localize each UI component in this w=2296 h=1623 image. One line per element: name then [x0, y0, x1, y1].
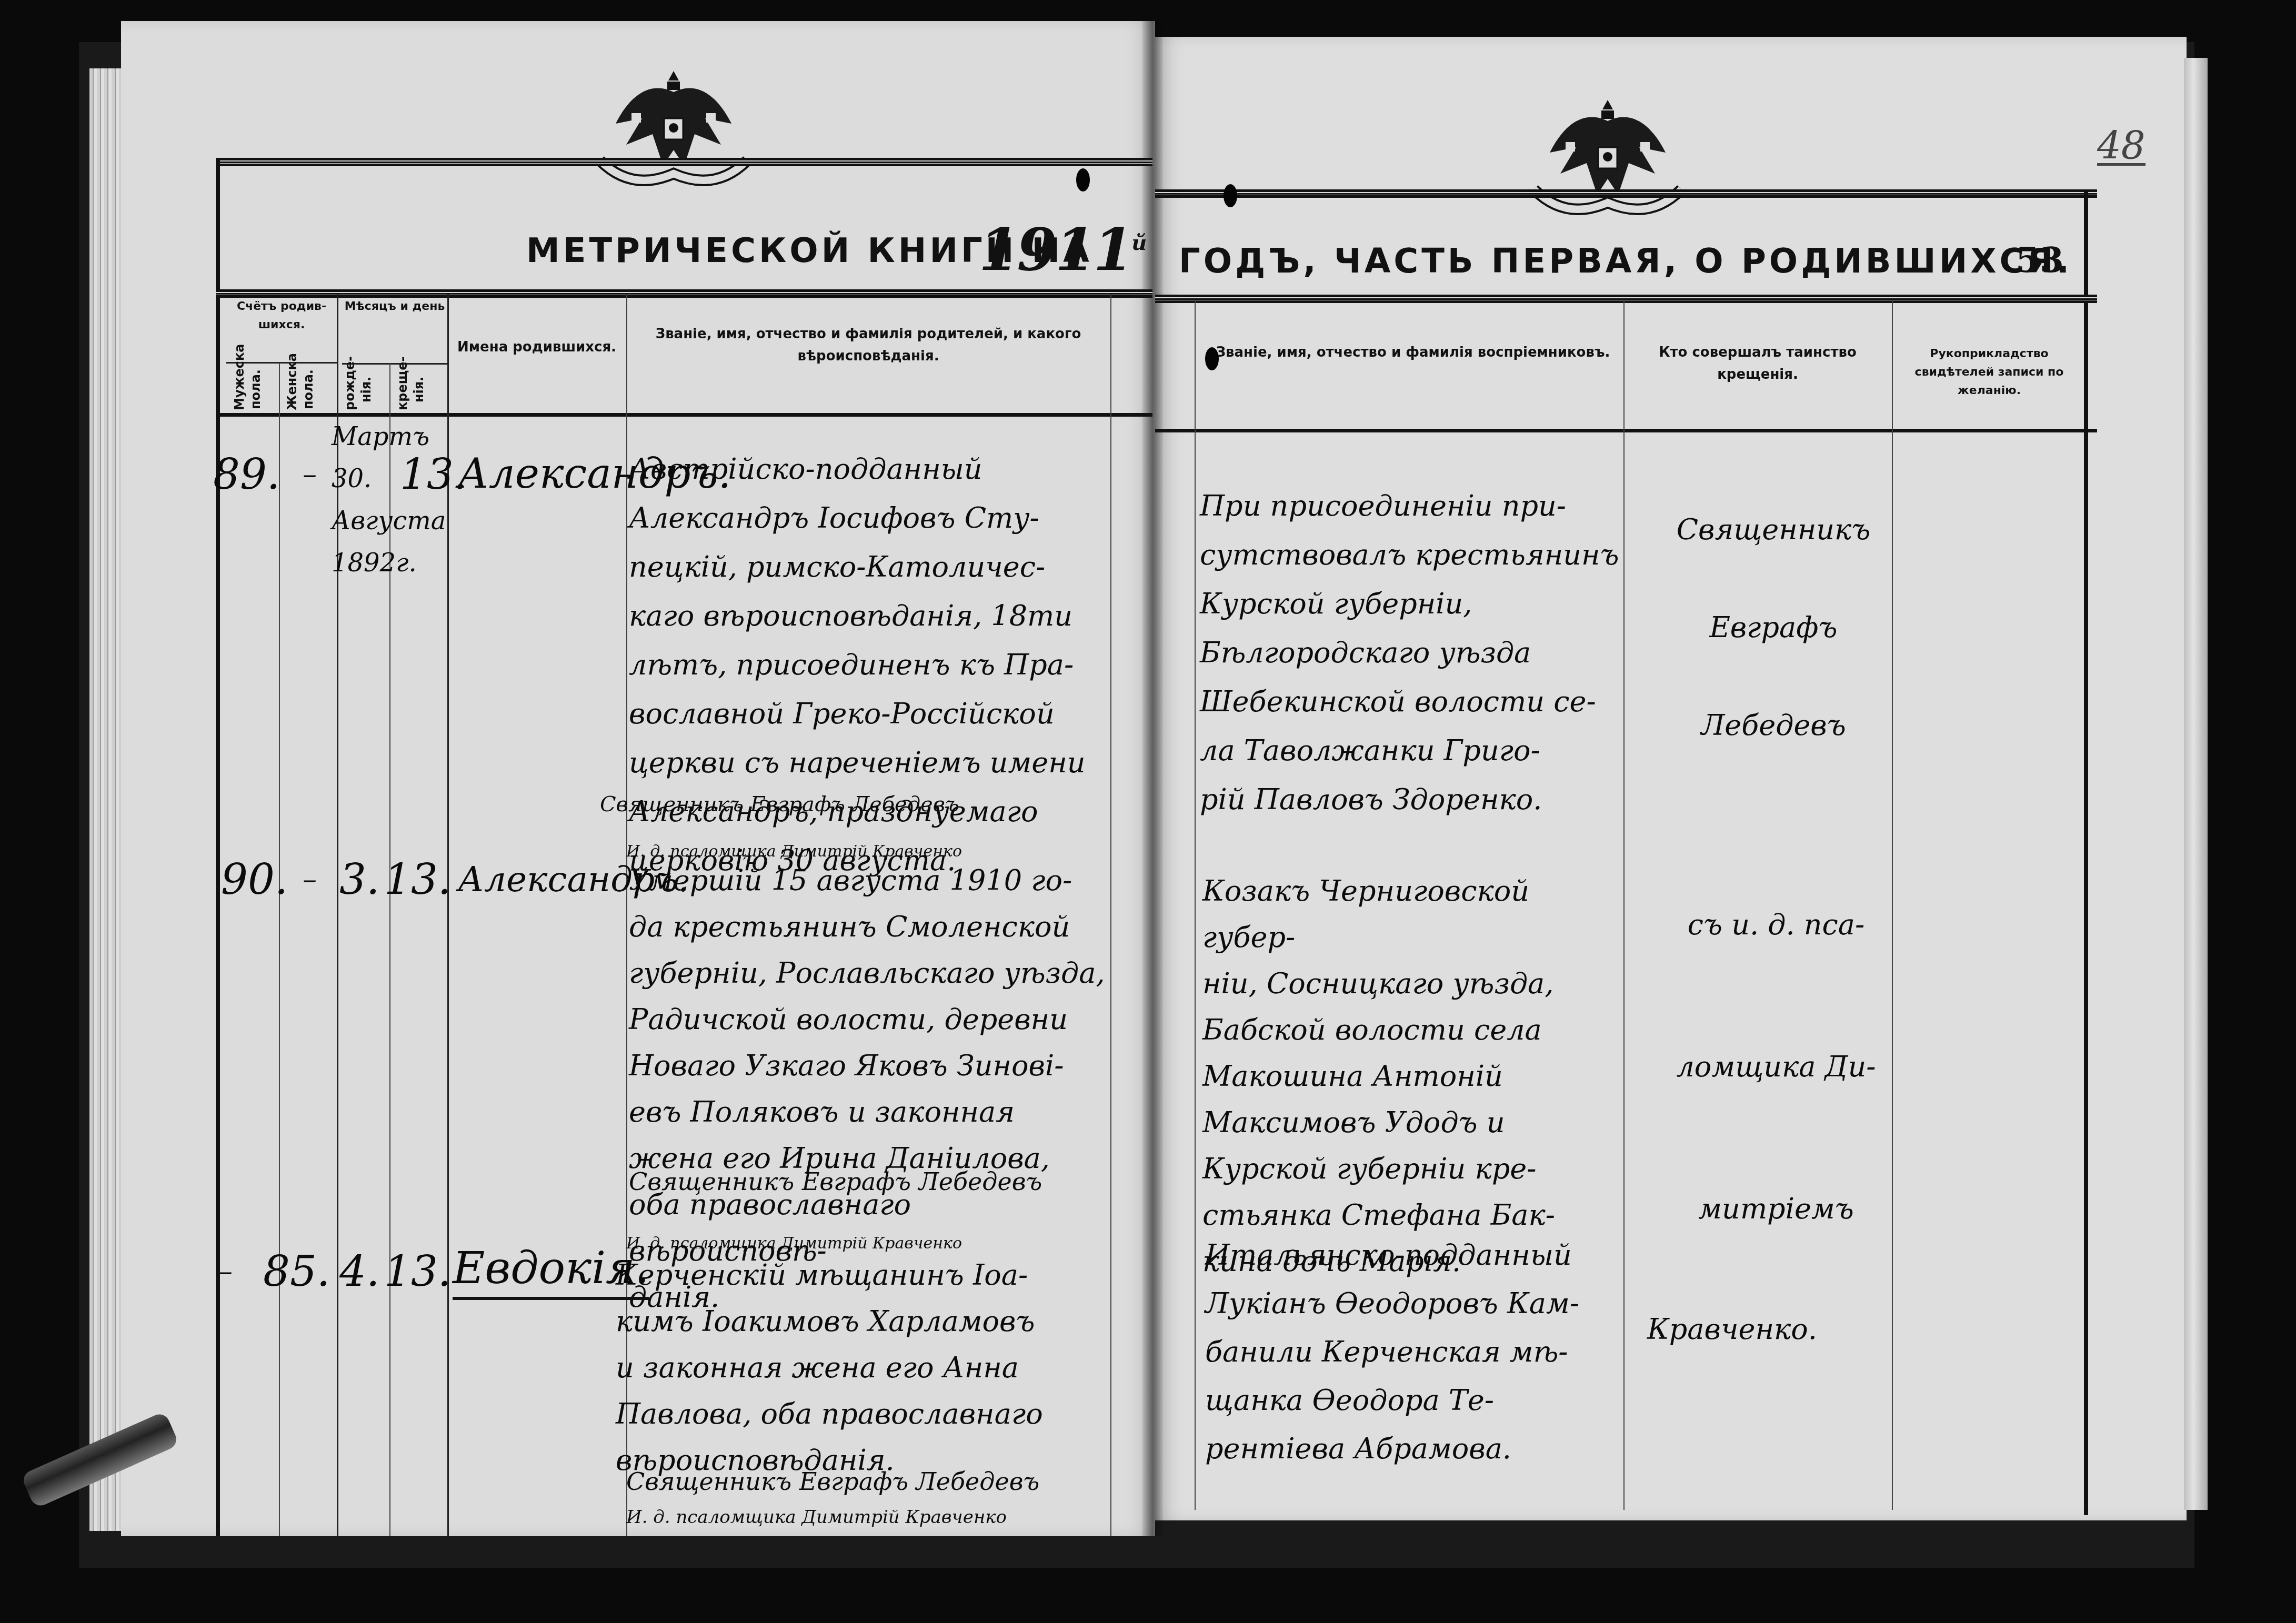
page-title-right: ГОДЪ, ЧАСТЬ ПЕРВАЯ, О РОДИВШИХСЯ. — [1179, 242, 2072, 281]
column-header-male: Мужеска пола. — [232, 368, 274, 410]
column-divider — [1195, 300, 1196, 1510]
record-parents: Австрійско-подданный Александръ Іосифовъ… — [629, 445, 1113, 885]
record-godparents: Итальянско-подданный Лукіанъ Ѳеодоровъ К… — [1205, 1231, 1626, 1473]
record-performed-by: Священникъ Евграфъ Лебедевъ — [1655, 505, 1892, 750]
record-male-number: – — [218, 1247, 233, 1296]
psalmist-signature: И. д. псаломщика Димитрій Кравченко — [626, 1505, 1152, 1530]
archive-folio-number: 48 — [2097, 129, 2145, 166]
record-godparents: При присоединеніи при- сутствовалъ крест… — [1200, 481, 1631, 824]
record-male-number: 90. — [221, 855, 288, 904]
record-godparents: Козакъ Черниговской губер- ніи, Сосницка… — [1202, 868, 1623, 1285]
year-handwritten: 1911й — [979, 216, 1145, 284]
right-frame-border — [2084, 189, 2088, 1515]
record-parents: Керченскій мѣщанинъ Іоа- кимъ Іоакимовъ … — [616, 1252, 1116, 1484]
column-header-witnesses: Рукоприкладство свидѣтелей записи по жел… — [1894, 345, 2084, 400]
header-rule — [216, 289, 1152, 298]
subheader-rule — [342, 363, 447, 365]
year-suffix: й — [1131, 230, 1145, 255]
year-value: 1911 — [979, 216, 1131, 284]
column-header-performed-by: Кто совершалъ таинство крещенія. — [1629, 342, 1887, 386]
imperial-eagle-crest-icon — [595, 61, 753, 197]
record-birth-date: 4. — [339, 1247, 379, 1296]
imperial-eagle-crest-icon — [1529, 89, 1687, 226]
record-female-number: – — [303, 855, 317, 904]
header-bottom-rule — [1155, 429, 2097, 432]
column-divider — [279, 363, 280, 1536]
record-performed-by: Кравченко. — [1647, 1305, 1889, 1354]
column-header-month-day: Мѣсяцъ и день — [342, 297, 447, 316]
record-female-number: 85. — [263, 1247, 330, 1296]
record-female-number: – — [303, 450, 317, 499]
record-baptism-date: 13. — [400, 450, 467, 499]
top-frame-rule — [216, 158, 1152, 166]
record-performed-by: съ и. д. пса- ломщика Ди- митріемъ — [1658, 889, 1894, 1244]
column-header-count: Счётъ родив- шихся. — [226, 297, 337, 334]
column-header-godparents: Званіе, имя, отчество и фамилія воспріем… — [1205, 342, 1621, 364]
left-frame-border — [216, 158, 220, 1536]
clergy-signature: Священникъ Евграфъ Лебедевъ — [626, 1457, 1110, 1506]
column-header-female: Женска пола. — [284, 368, 332, 410]
clergy-signature: Священникъ Евграфъ Лебедевъ — [629, 1157, 1113, 1206]
book-gutter — [1142, 21, 1163, 1536]
column-header-parents: Званіе, имя, отчество и фамилія родителе… — [631, 324, 1105, 367]
column-header-baptism: креще- нія. — [395, 368, 442, 410]
record-baptism-date: 13. — [384, 1247, 451, 1296]
binding-hole — [1205, 347, 1219, 370]
record-birth-date: 3. — [339, 855, 379, 904]
record-male-number: 89. — [213, 450, 280, 499]
binding-hole — [1076, 168, 1090, 191]
right-page-edge — [2184, 58, 2208, 1510]
record-birth-date: Мартъ 30. Августа 1892г. — [332, 416, 453, 584]
printed-page-number: 53 — [2016, 239, 2064, 280]
binding-hole — [1224, 184, 1237, 207]
column-header-birth: рожде- нія. — [342, 368, 384, 410]
clergy-signature: Священникъ Евграфъ Лебедевъ — [600, 792, 1110, 817]
record-baptism-date: 13. — [384, 855, 451, 904]
top-frame-rule — [1155, 189, 2097, 198]
column-header-names: Имена родившихся. — [450, 337, 624, 359]
header-rule — [1155, 295, 2097, 303]
